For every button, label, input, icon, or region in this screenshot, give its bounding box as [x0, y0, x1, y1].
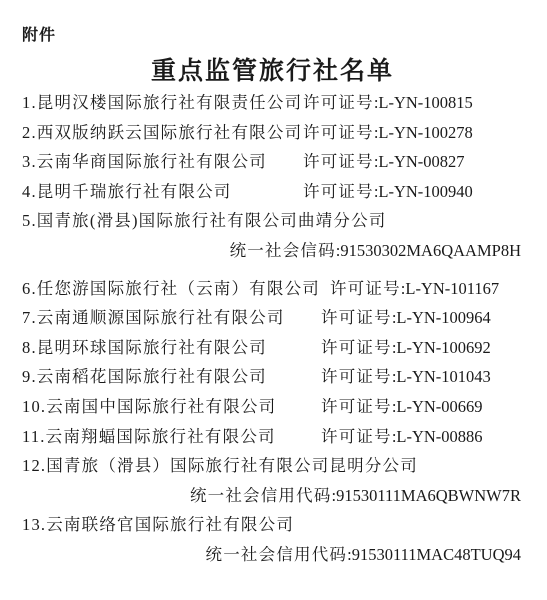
- agency-name-text: 昆明环球国际旅行社有限公司: [37, 338, 267, 357]
- agency-number: 4: [22, 182, 31, 201]
- credit-code-value: 91530111MAC48TUQ94: [352, 545, 521, 564]
- credit-code-line: 统一社会信码:91530302MA6QAAMP8H: [22, 236, 523, 266]
- credit-code-value: 91530302MA6QAAMP8H: [340, 241, 521, 260]
- license-label: 许可证号: [321, 397, 392, 416]
- license-value: L-YN-101167: [405, 279, 499, 298]
- license-value: L-YN-00886: [396, 427, 482, 446]
- agency-list: 1.昆明汉楼国际旅行社有限责任公司许可证号:L-YN-1008152.西双版纳跃…: [22, 88, 523, 570]
- license-value: L-YN-100940: [378, 182, 472, 201]
- agency-name-text: 云南国中国际旅行社有限公司: [46, 397, 276, 416]
- agency-name: 4.昆明千瑞旅行社有限公司: [22, 182, 231, 201]
- agency-name-text: 云南联络官国际旅行社有限公司: [46, 515, 294, 534]
- agency-row: 9.云南稻花国际旅行社有限公司许可证号:L-YN-101043: [22, 362, 523, 392]
- license-value: L-YN-100815: [378, 93, 472, 112]
- agency-name: 8.昆明环球国际旅行社有限公司: [22, 338, 267, 357]
- agency-row: 3.云南华商国际旅行社有限公司许可证号:L-YN-00827: [22, 147, 523, 177]
- agency-number: 10: [22, 397, 41, 416]
- agency-name: 13.云南联络官国际旅行社有限公司: [22, 515, 294, 534]
- agency-row: 12.国青旅（滑县）国际旅行社有限公司昆明分公司: [22, 451, 523, 481]
- document-title: 重点监管旅行社名单: [22, 54, 523, 88]
- agency-name: 1.昆明汉楼国际旅行社有限责任公司: [22, 93, 302, 112]
- agency-name: 2.西双版纳跃云国际旅行社有限公司: [22, 123, 302, 142]
- agency-row: 2.西双版纳跃云国际旅行社有限公司许可证号:L-YN-100278: [22, 118, 523, 148]
- license-number: 许可证号:L-YN-100278: [303, 118, 473, 148]
- agency-row: 4.昆明千瑞旅行社有限公司许可证号:L-YN-100940: [22, 177, 523, 207]
- license-number: 许可证号:L-YN-00886: [321, 422, 483, 452]
- license-label: 许可证号: [321, 367, 392, 386]
- agency-number: 8: [22, 338, 31, 357]
- license-number: 许可证号:L-YN-101167: [330, 279, 499, 298]
- license-value: L-YN-100278: [378, 123, 472, 142]
- license-number: 许可证号:L-YN-101043: [321, 362, 491, 392]
- agency-number: 12: [22, 456, 41, 475]
- license-label: 许可证号: [303, 93, 374, 112]
- license-label: 许可证号: [321, 308, 392, 327]
- license-number: 许可证号:L-YN-100964: [321, 303, 491, 333]
- agency-name: 3.云南华商国际旅行社有限公司: [22, 152, 267, 171]
- agency-name-text: 云南通顺源国际旅行社有限公司: [37, 308, 285, 327]
- credit-code-label: 统一社会信码: [230, 241, 336, 260]
- agency-name-text: 云南稻花国际旅行社有限公司: [37, 367, 267, 386]
- agency-name-text: 国青旅(滑县)国际旅行社有限公司曲靖分公司: [37, 211, 387, 230]
- license-value: L-YN-101043: [396, 367, 490, 386]
- agency-name: 10.云南国中国际旅行社有限公司: [22, 397, 276, 416]
- agency-number: 1: [22, 93, 31, 112]
- agency-name: 7.云南通顺源国际旅行社有限公司: [22, 308, 285, 327]
- license-number: 许可证号:L-YN-00669: [321, 392, 483, 422]
- agency-row: 6.任您游国际旅行社（云南）有限公司许可证号:L-YN-101167: [22, 274, 523, 304]
- license-number: 许可证号:L-YN-00827: [303, 147, 465, 177]
- agency-number: 7: [22, 308, 31, 327]
- document-page: 附件 重点监管旅行社名单 1.昆明汉楼国际旅行社有限责任公司许可证号:L-YN-…: [0, 0, 547, 600]
- agency-row: 8.昆明环球国际旅行社有限公司许可证号:L-YN-100692: [22, 333, 523, 363]
- credit-code-label: 统一社会信用代码: [206, 545, 348, 564]
- credit-code-value: 91530111MA6QBWNW7R: [336, 486, 521, 505]
- license-number: 许可证号:L-YN-100940: [303, 177, 473, 207]
- credit-code-line: 统一社会信用代码:91530111MAC48TUQ94: [22, 540, 523, 570]
- agency-number: 6: [22, 279, 31, 298]
- license-number: 许可证号:L-YN-100815: [303, 88, 473, 118]
- agency-name-text: 昆明千瑞旅行社有限公司: [37, 182, 232, 201]
- license-label: 许可证号: [321, 338, 392, 357]
- agency-number: 3: [22, 152, 31, 171]
- license-value: L-YN-00827: [378, 152, 464, 171]
- agency-name-text: 昆明汉楼国际旅行社有限责任公司: [37, 93, 303, 112]
- license-value: L-YN-00669: [396, 397, 482, 416]
- agency-name-text: 云南华商国际旅行社有限公司: [37, 152, 267, 171]
- agency-number: 2: [22, 123, 31, 142]
- agency-number: 13: [22, 515, 41, 534]
- agency-row: 13.云南联络官国际旅行社有限公司: [22, 510, 523, 540]
- license-label: 许可证号: [330, 279, 401, 298]
- agency-name-text: 西双版纳跃云国际旅行社有限公司: [37, 123, 303, 142]
- agency-row: 10.云南国中国际旅行社有限公司许可证号:L-YN-00669: [22, 392, 523, 422]
- agency-row: 11.云南翔蝠国际旅行社有限公司许可证号:L-YN-00886: [22, 422, 523, 452]
- agency-number: 11: [22, 427, 40, 446]
- license-label: 许可证号: [303, 123, 374, 142]
- agency-row: 1.昆明汉楼国际旅行社有限责任公司许可证号:L-YN-100815: [22, 88, 523, 118]
- license-label: 许可证号: [321, 427, 392, 446]
- agency-name-text: 任您游国际旅行社（云南）有限公司: [37, 279, 320, 298]
- agency-row: 5.国青旅(滑县)国际旅行社有限公司曲靖分公司: [22, 206, 523, 236]
- agency-name: 5.国青旅(滑县)国际旅行社有限公司曲靖分公司: [22, 211, 386, 230]
- agency-number: 5: [22, 211, 31, 230]
- license-label: 许可证号: [303, 182, 374, 201]
- agency-name: 11.云南翔蝠国际旅行社有限公司: [22, 427, 276, 446]
- agency-name: 9.云南稻花国际旅行社有限公司: [22, 367, 267, 386]
- agency-name-text: 国青旅（滑县）国际旅行社有限公司昆明分公司: [46, 456, 418, 475]
- agency-number: 9: [22, 367, 31, 386]
- agency-name: 12.国青旅（滑县）国际旅行社有限公司昆明分公司: [22, 456, 418, 475]
- agency-name-text: 云南翔蝠国际旅行社有限公司: [46, 427, 276, 446]
- license-label: 许可证号: [303, 152, 374, 171]
- license-number: 许可证号:L-YN-100692: [321, 333, 491, 363]
- agency-name: 6.任您游国际旅行社（云南）有限公司: [22, 279, 320, 298]
- attachment-label: 附件: [22, 26, 523, 46]
- license-value: L-YN-100964: [396, 308, 490, 327]
- credit-code-line: 统一社会信用代码:91530111MA6QBWNW7R: [22, 481, 523, 511]
- license-value: L-YN-100692: [396, 338, 490, 357]
- agency-row: 7.云南通顺源国际旅行社有限公司许可证号:L-YN-100964: [22, 303, 523, 333]
- credit-code-label: 统一社会信用代码: [190, 486, 332, 505]
